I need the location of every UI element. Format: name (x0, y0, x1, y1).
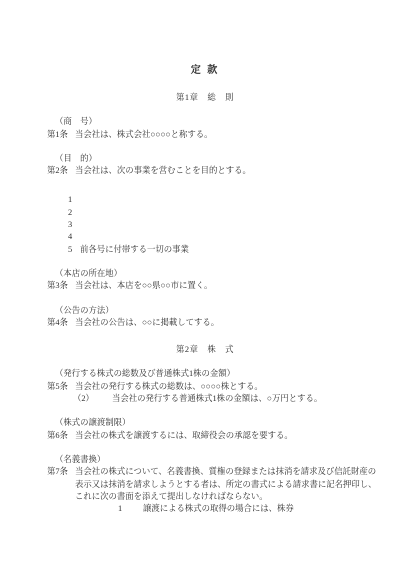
article-line: 第3条当会社は、本店を○○県○○市に置く。 (0, 280, 410, 292)
item-number: 1 (68, 194, 80, 206)
item-number: 5 (68, 244, 80, 256)
article-line: 第4条当会社の公告は、○○に掲載してする。 (0, 317, 410, 329)
item-text: 当会社の発行する普通株式1株の金額は、○万円とする。 (112, 393, 402, 405)
item-text: 当会社の発行する株式の総数は、○○○○株とする。 (75, 381, 380, 393)
section-heading: （公告の方法） (0, 305, 410, 317)
article-line: 第1条当会社は、株式会社○○○○と称する。 (0, 129, 410, 141)
item-text: 当会社は、株式会社○○○○と称する。 (75, 129, 380, 141)
item-text (80, 194, 400, 206)
section-heading: （名義書換） (0, 454, 410, 466)
chapter-heading: 第2章 株 式 (0, 344, 410, 356)
document-body: 定 款第1章 総 則（商 号）第1条当会社は、株式会社○○○○と称する。（目 的… (0, 0, 410, 515)
doc-title: 定 款 (0, 0, 410, 77)
item-number: 第1条 (47, 129, 75, 141)
article-line: 第2条当会社は、次の事業を営むことを目的とする。 (0, 165, 410, 177)
section-heading: （発行する株式の総数及び普通株式1株の金額） (0, 368, 410, 380)
section-heading: （本店の所在地） (0, 268, 410, 280)
item-number: 第7条 (47, 466, 75, 503)
section-heading: （株式の譲渡制限） (0, 417, 410, 429)
item-text: 当会社は、本店を○○県○○市に置く。 (75, 280, 380, 292)
item-number: 第6条 (47, 430, 75, 442)
item-number: 第5条 (47, 381, 75, 393)
chapter-heading: 第1章 総 則 (0, 92, 410, 104)
document-page: 定 款第1章 総 則（商 号）第1条当会社は、株式会社○○○○と称する。（目 的… (0, 0, 410, 580)
item-text: 当会社の株式を譲渡するには、取締役会の承認を要する。 (75, 430, 380, 442)
list-item: 5前各号に付帯する一切の事業 (0, 244, 410, 256)
list-item: 1 (0, 194, 410, 206)
item-number: 第4条 (47, 317, 75, 329)
list-item: 3 (0, 219, 410, 231)
item-text: 当会社の公告は、○○に掲載してする。 (75, 317, 380, 329)
item-text (80, 219, 400, 231)
item-text: 前各号に付帯する一切の事業 (80, 244, 400, 256)
item-text (80, 231, 400, 243)
item-number: 第2条 (47, 165, 75, 177)
item-number: 2 (68, 207, 80, 219)
item-text: 当会社は、次の事業を営むことを目的とする。 (75, 165, 380, 177)
item-text (80, 207, 400, 219)
item-text: 譲渡による株式の取得の場合には、株券 (143, 503, 403, 515)
section-heading: （商 号） (0, 116, 410, 128)
item-text: 当会社の株式について、名義書換、質権の登録または抹消を請求及び信託財産の表示又は… (75, 466, 380, 503)
item-number: （2） (73, 393, 112, 405)
item-number: 1 (118, 503, 143, 515)
section-heading: （目 的） (0, 153, 410, 165)
list-item: 2 (0, 207, 410, 219)
sub-list-item: 1譲渡による株式の取得の場合には、株券 (0, 503, 410, 515)
list-item: 4 (0, 231, 410, 243)
sub-article-line: （2）当会社の発行する普通株式1株の金額は、○万円とする。 (0, 393, 410, 405)
article-line: 第6条当会社の株式を譲渡するには、取締役会の承認を要する。 (0, 430, 410, 442)
item-number: 4 (68, 231, 80, 243)
article-line: 第5条当会社の発行する株式の総数は、○○○○株とする。 (0, 381, 410, 393)
item-number: 第3条 (47, 280, 75, 292)
item-number: 3 (68, 219, 80, 231)
article-line: 第7条当会社の株式について、名義書換、質権の登録または抹消を請求及び信託財産の表… (0, 466, 410, 503)
